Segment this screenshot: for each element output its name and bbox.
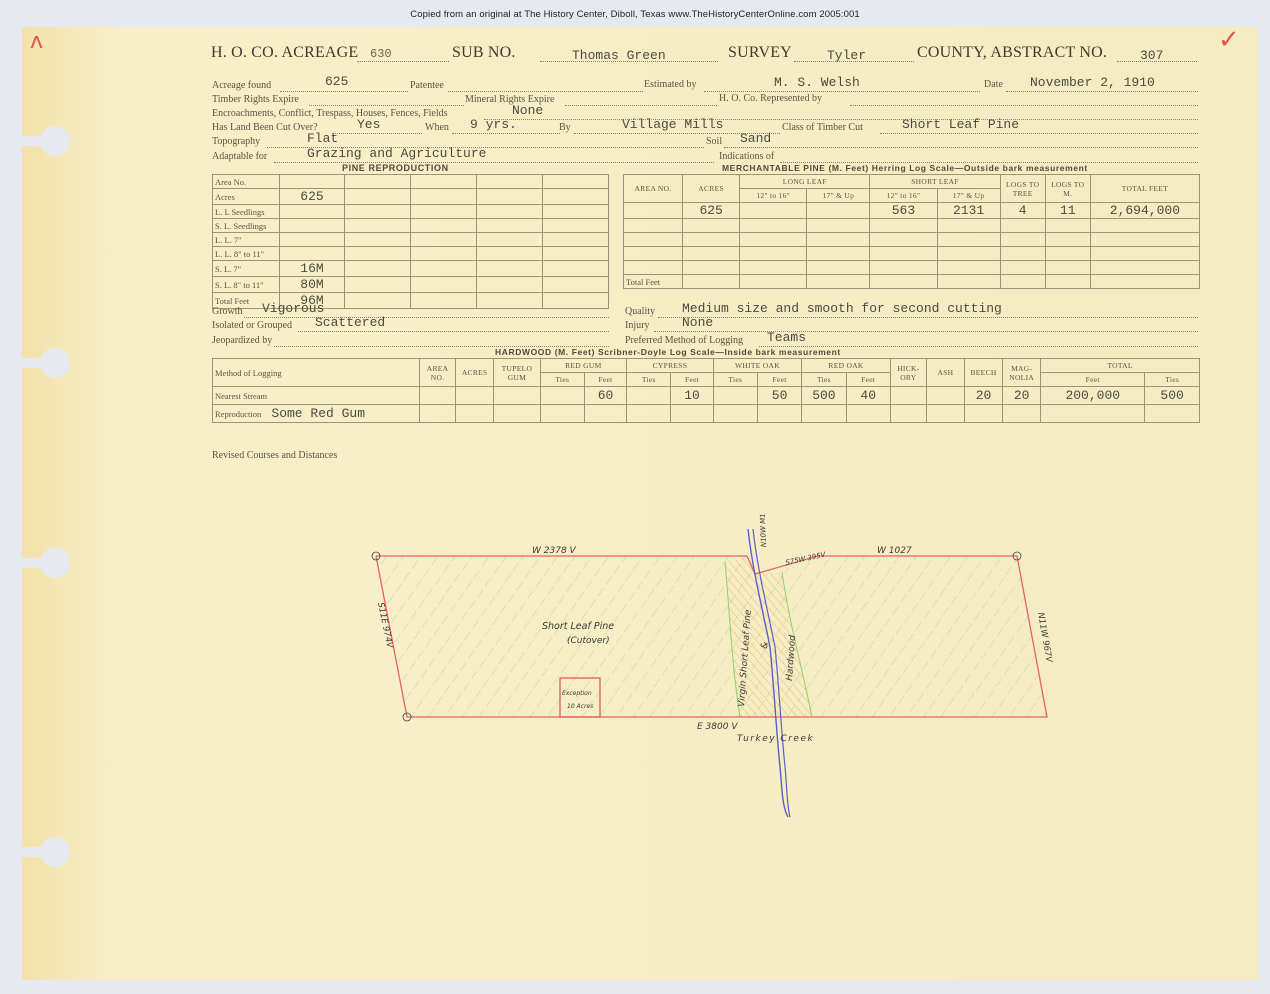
exception-label: Exception	[562, 690, 592, 697]
main-area-label: Short Leaf Pine	[542, 621, 614, 632]
main-area-sublabel: (Cutover)	[567, 636, 610, 646]
north-line-east-label: W 1027	[877, 546, 912, 556]
survey-plat-map: W 2378 V W 1027 S75W 395V N10W M1 S11E 9…	[22, 27, 1258, 980]
cutover-area	[376, 556, 1047, 717]
south-line-label: E 3800 V	[697, 722, 738, 732]
timber-cutting-record-card: ᴧ ✓ H. O. CO. ACREAGE 630 SUB NO. Thomas…	[22, 27, 1258, 980]
archive-credit-line: Copied from an original at The History C…	[0, 9, 1270, 20]
creek-label: Turkey Creek	[737, 734, 814, 744]
exception-acres: 10 Acres	[567, 703, 593, 710]
north-line-label: W 2378 V	[532, 546, 577, 556]
creek-line-label: N10W M1	[759, 513, 768, 547]
ampersand-label: &	[760, 641, 770, 649]
east-line-label: N11W 967V	[1035, 612, 1054, 664]
